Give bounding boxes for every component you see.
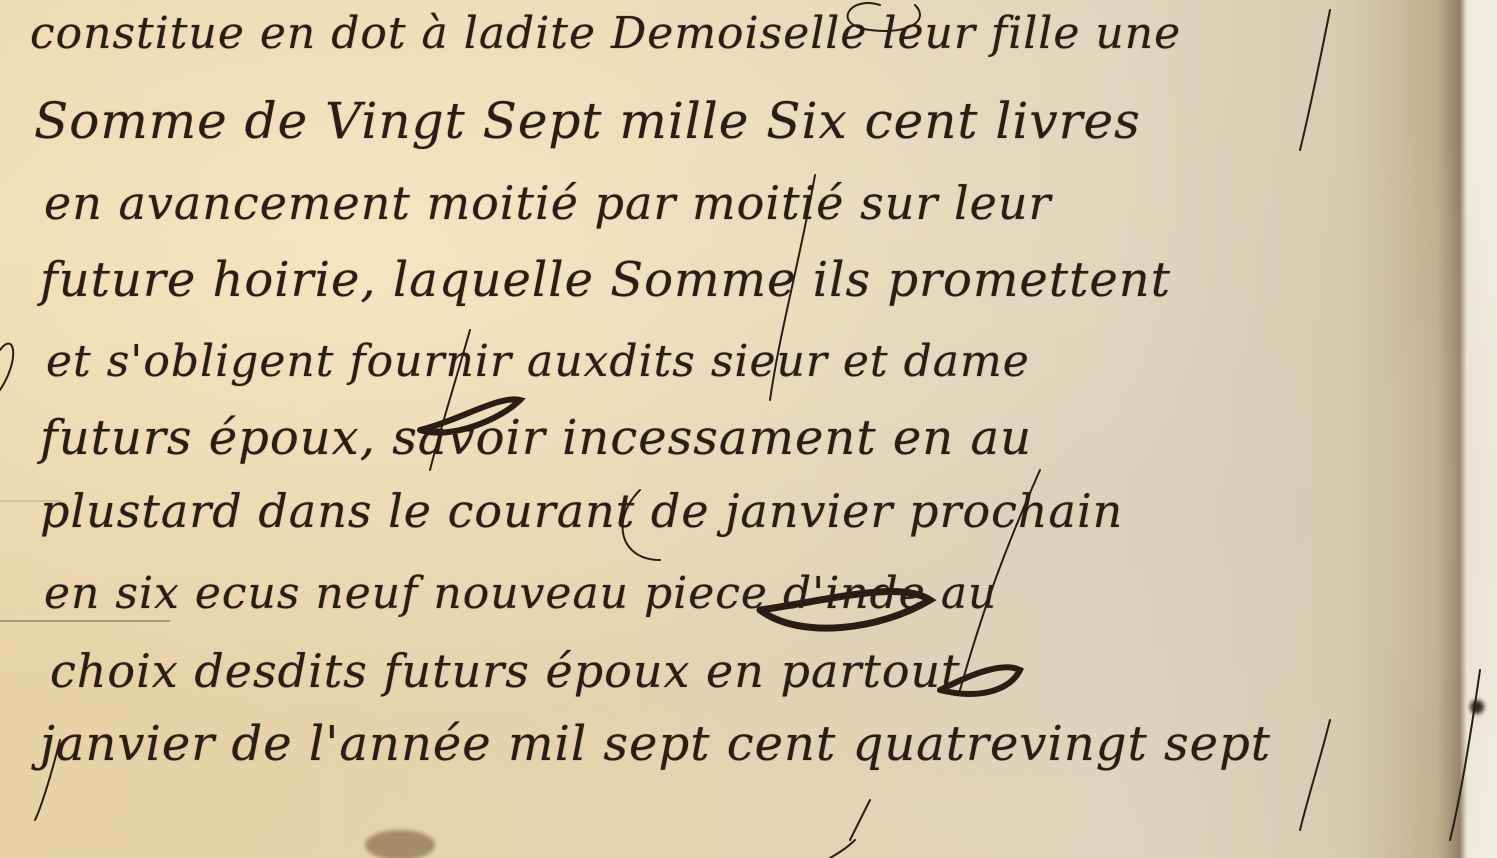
- manuscript-line-5: et s'obligent fournir auxdits sieur et d…: [46, 336, 1030, 387]
- manuscript-line-1: constitue en dot à ladite Demoiselle leu…: [30, 8, 1181, 59]
- manuscript-line-9: choix desdits futurs époux en partout: [50, 644, 961, 698]
- manuscript-line-3: en avancement moitié par moitié sur leur: [44, 176, 1052, 230]
- manuscript-line-7: plustard dans le courant de janvier proc…: [40, 484, 1123, 538]
- line-text: constitue en dot à ladite Demoiselle leu…: [30, 8, 1181, 59]
- manuscript-line-10: janvier de l'année mil sept cent quatrev…: [40, 716, 1271, 772]
- line-text: Somme de Vingt Sept mille Six cent livre…: [34, 92, 1141, 150]
- line-text: futurs époux, savoir incessament en au: [40, 410, 1032, 466]
- line-text: en six ecus neuf nouveau piece d'inde au: [44, 568, 997, 619]
- line-text: en avancement moitié par moitié sur leur: [44, 176, 1052, 230]
- manuscript-line-6: futurs époux, savoir incessament en au: [40, 410, 1032, 466]
- line-text: choix desdits futurs époux en partout: [50, 644, 961, 698]
- line-text: et s'obligent fournir auxdits sieur et d…: [46, 336, 1030, 387]
- manuscript-line-8: en six ecus neuf nouveau piece d'inde au: [44, 568, 997, 619]
- manuscript-line-2: Somme de Vingt Sept mille Six cent livre…: [34, 92, 1141, 150]
- line-text: janvier de l'année mil sept cent quatrev…: [40, 716, 1271, 772]
- line-text: plustard dans le courant de janvier proc…: [40, 484, 1123, 538]
- line-text: future hoirie, laquelle Somme ils promet…: [40, 252, 1171, 308]
- manuscript-line-4: future hoirie, laquelle Somme ils promet…: [40, 252, 1171, 308]
